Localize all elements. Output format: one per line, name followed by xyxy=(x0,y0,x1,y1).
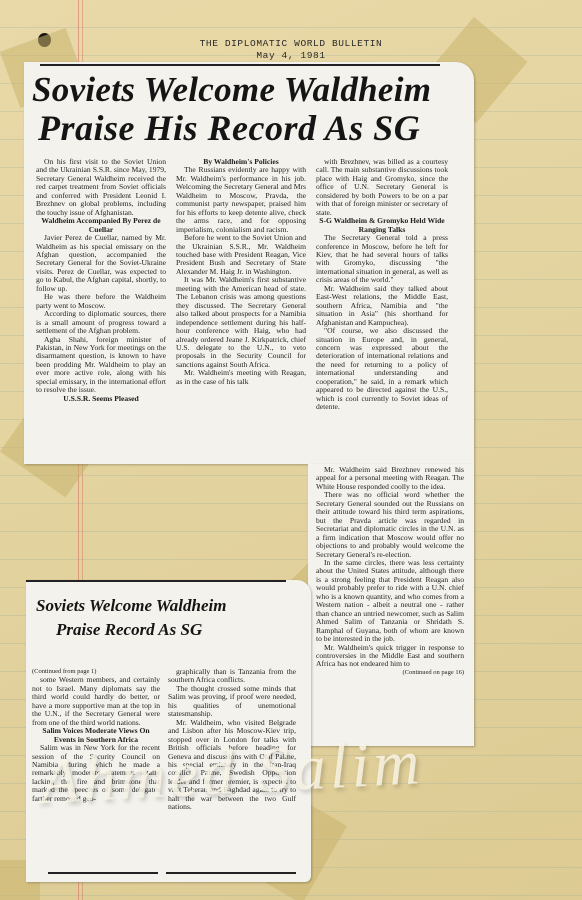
paragraph: He was there before the Waldheim party w… xyxy=(36,293,166,310)
paragraph: "Of course, we also discussed the situat… xyxy=(316,327,448,412)
paragraph: Before he went to the Soviet Union and t… xyxy=(176,234,306,276)
article-continued-column: Mr. Waldheim said Brezhnev renewed his a… xyxy=(316,466,464,677)
paragraph: Javier Perez de Cuellar, named by Mr. Wa… xyxy=(36,234,166,293)
publication-name: THE DIPLOMATIC WORLD BULLETIN xyxy=(0,38,582,49)
paragraph: The thought crossed some minds that Sali… xyxy=(168,685,296,719)
paragraph: There was no official word whether the S… xyxy=(316,491,464,559)
top-rule xyxy=(26,580,286,582)
paragraph: Mr. Waldheim said they talked about East… xyxy=(316,285,448,327)
continued-note: (Continued on page 16) xyxy=(316,669,464,677)
subheading: S-G Waldheim & Gromyko Held Wide Ranging… xyxy=(316,217,448,234)
article-column-2: By Waldheim's PoliciesThe Russians evide… xyxy=(176,158,306,386)
article-column-3: with Brezhnev, was billed as a courtesy … xyxy=(316,158,448,412)
headline-line2: Praise His Record As SG xyxy=(38,107,420,149)
bottom-rule xyxy=(48,872,158,874)
paragraph: graphically than is Tanzania from the so… xyxy=(168,668,296,685)
paragraph: According to diplomatic sources, there i… xyxy=(36,310,166,335)
paragraph: Mr. Waldheim's meeting with Reagan, as i… xyxy=(176,369,306,386)
headline2-line1: Soviets Welcome Waldheim xyxy=(36,596,226,616)
headline2-line2: Praise Record As SG xyxy=(56,620,202,640)
subheading: Waldheim Accompanied By Perez de Cuellar xyxy=(36,217,166,234)
paragraph: It was Mr. Waldheim's first substantive … xyxy=(176,276,306,369)
paragraph: Agha Shahi, foreign minister of Pakistan… xyxy=(36,336,166,395)
article-column-1: On his first visit to the Soviet Union a… xyxy=(36,158,166,403)
clipping-continued: Mr. Waldheim said Brezhnev renewed his a… xyxy=(308,464,474,746)
publication-date: May 4, 1981 xyxy=(0,50,582,61)
paragraph: The Russians evidently are happy with Mr… xyxy=(176,166,306,234)
bottom-rule xyxy=(166,872,296,874)
subheading: U.S.S.R. Seems Pleased xyxy=(36,395,166,403)
headline-line1: Soviets Welcome Waldheim xyxy=(32,70,431,110)
paragraph: Mr. Waldheim's quick trigger in response… xyxy=(316,644,464,669)
clipping-page16: Soviets Welcome Waldheim Praise Record A… xyxy=(26,580,311,882)
scrapbook-page: THE DIPLOMATIC WORLD BULLETIN May 4, 198… xyxy=(0,0,582,900)
clipping-main: Soviets Welcome Waldheim Praise His Reco… xyxy=(24,62,474,464)
paragraph: Mr. Waldheim said Brezhnev renewed his a… xyxy=(316,466,464,491)
top-rule xyxy=(40,64,440,66)
paragraph: The Secretary General told a press confe… xyxy=(316,234,448,285)
paragraph: with Brezhnev, was billed as a courtesy … xyxy=(316,158,448,217)
paragraph: some Western members, and certainly not … xyxy=(32,676,160,727)
paragraph: In the same circles, there was less cert… xyxy=(316,559,464,644)
paragraph: On his first visit to the Soviet Union a… xyxy=(36,158,166,217)
